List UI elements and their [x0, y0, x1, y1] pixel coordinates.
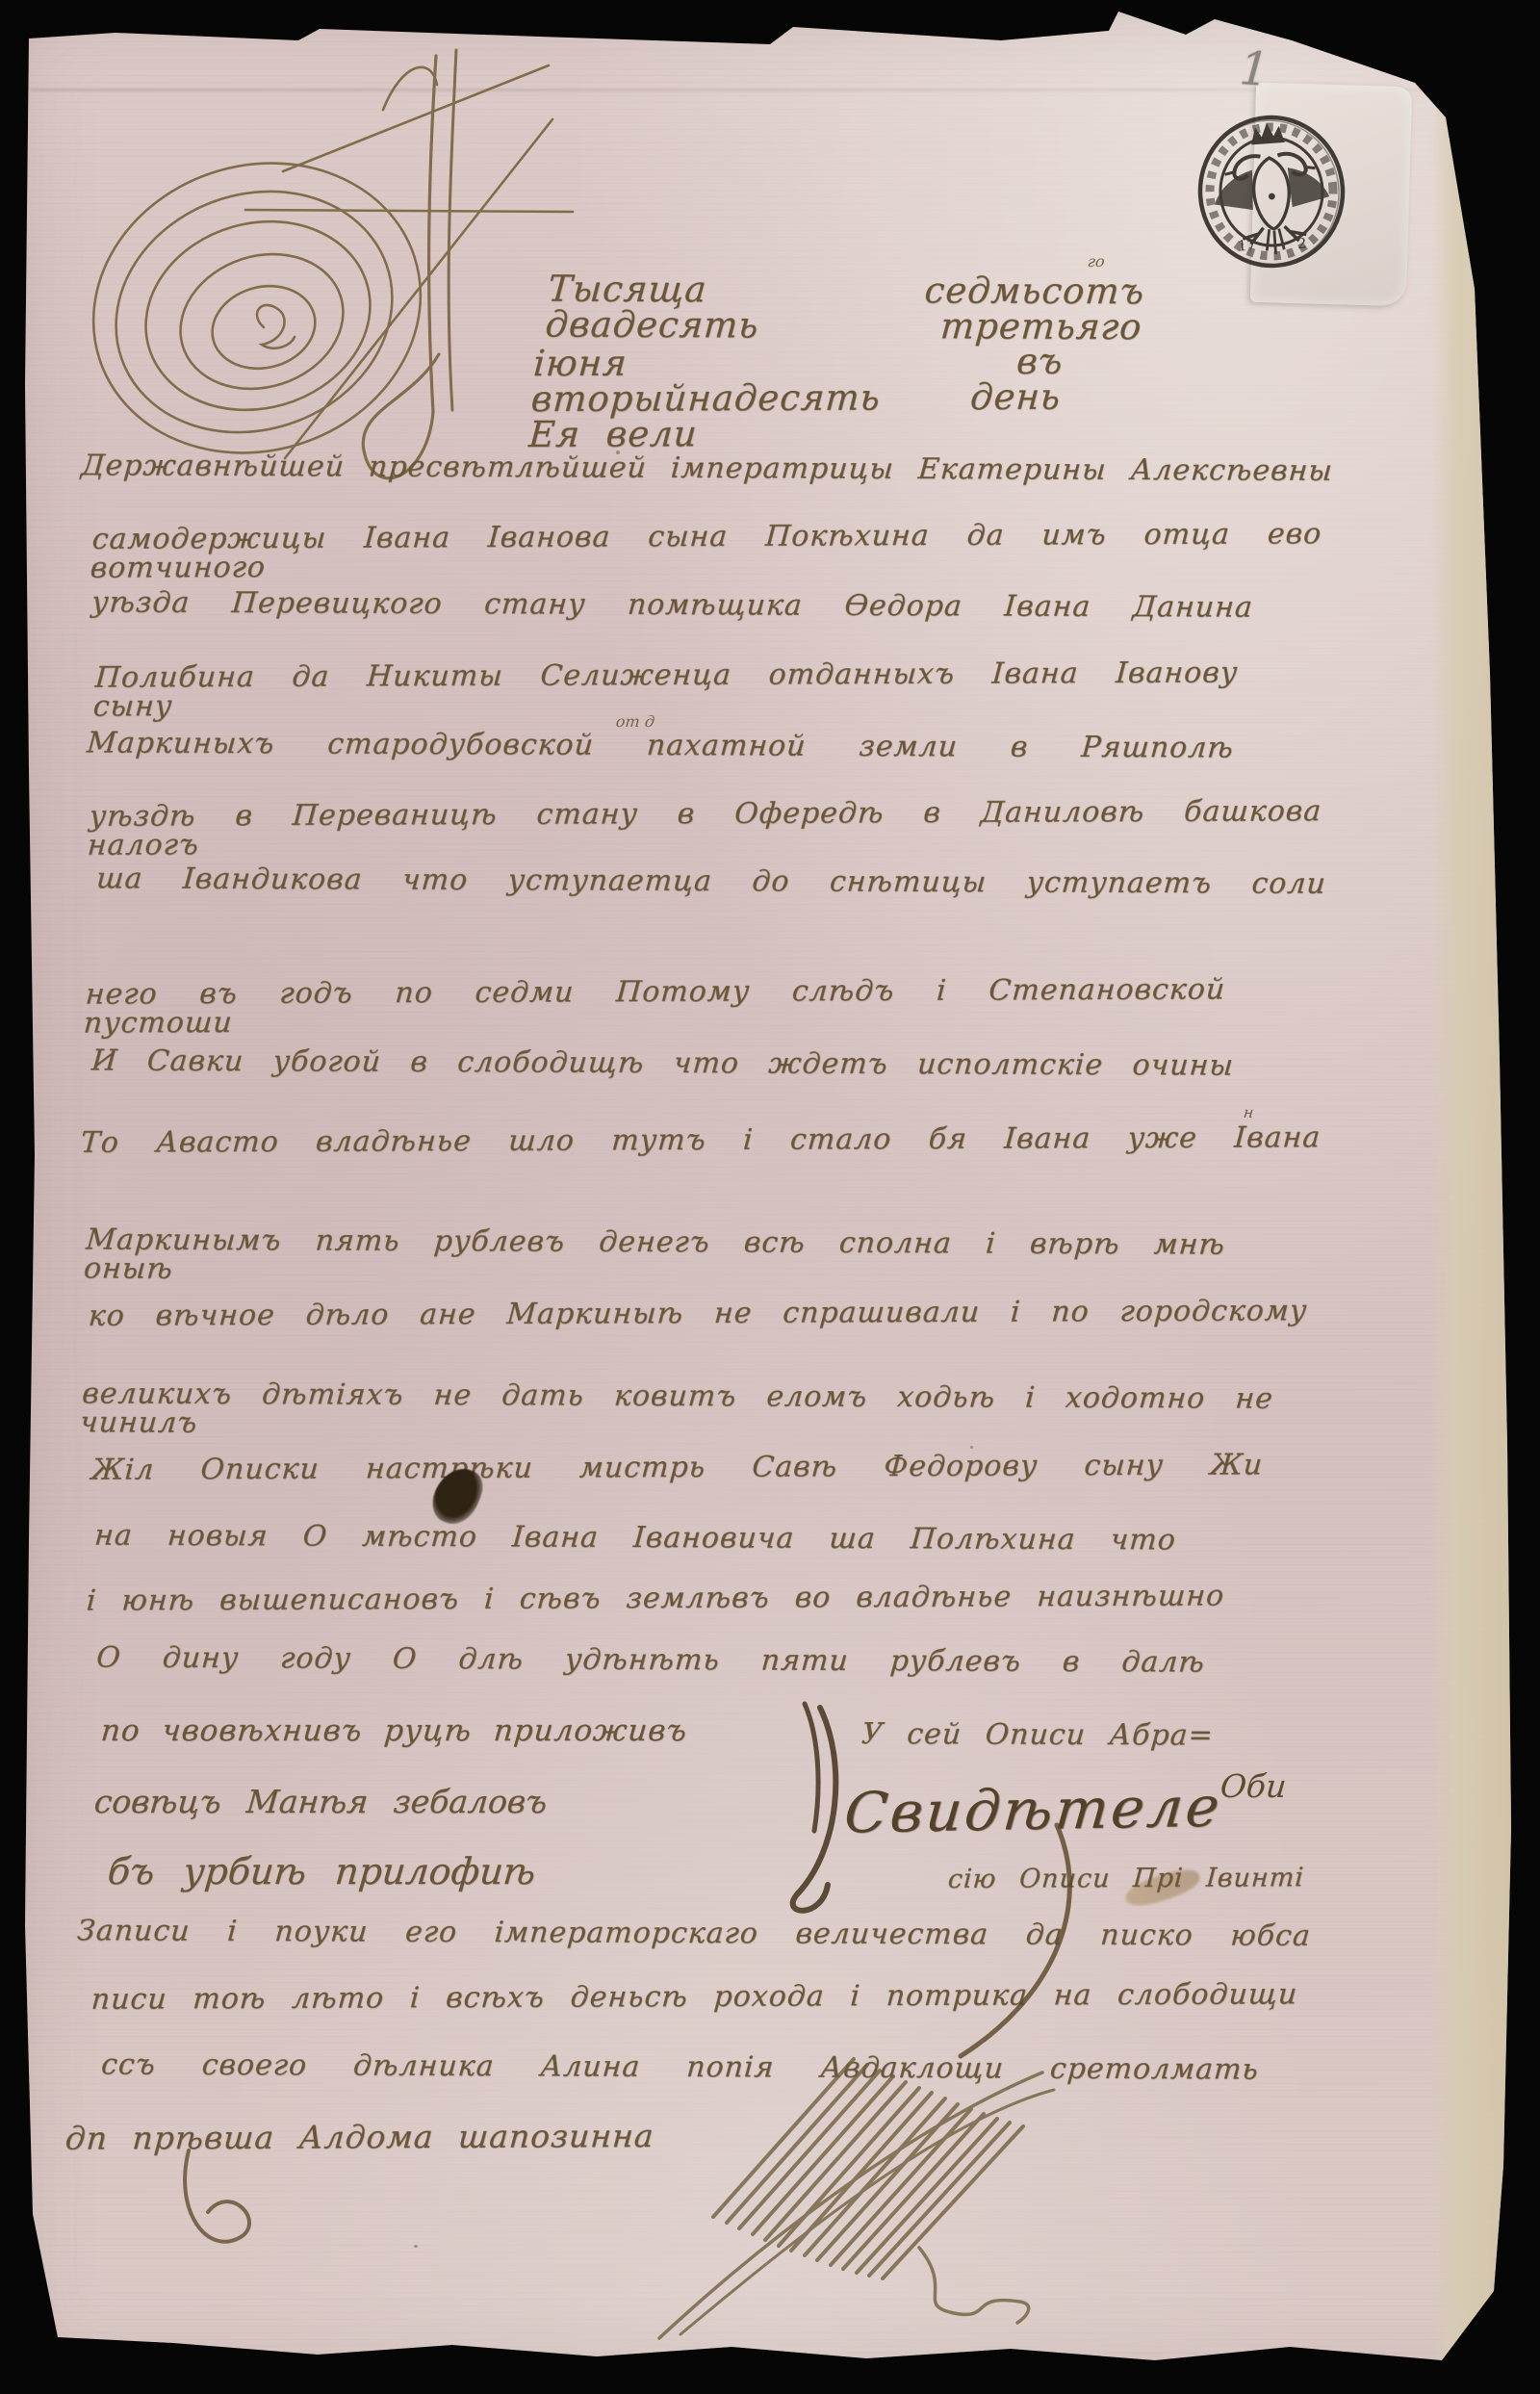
signature-line-left: по чвовѣхнивъ руцѣ приложивъ [99, 1713, 688, 1748]
last-line-descender-stroke [115, 2145, 308, 2279]
superscript-abbreviation: го [1087, 252, 1106, 270]
manuscript-paper-sheet: 17 2 1 Тысяща седмьсотъ двадесять третья… [0, 0, 1540, 2394]
witness-attestation-start: У сей Описи Абра= [860, 1720, 1331, 1751]
manuscript-line: іюня въ вторыйнадесять день Ея вели [527, 344, 1064, 452]
manuscript-line: Записи і поуки его імператорскаго величе… [76, 1917, 1312, 1951]
manuscript-line: Тысяща седмьсотъ двадесять третьяго [544, 271, 1145, 346]
stamp-year-right: 2 [1296, 235, 1307, 253]
manuscript-line: самодержицы Івана Іванова сына Покѣхина … [90, 520, 1322, 583]
right-fold-strip [1430, 0, 1540, 2394]
paper-speck [970, 1446, 973, 1449]
photograph-stage: 17 2 1 Тысяща седмьсотъ двадесять третья… [0, 0, 1540, 2394]
signature-line-left: совѣцъ Манѣя зебаловъ [92, 1783, 549, 1820]
manuscript-line: уѣзда Перевицкого стану помѣщика Ѳедора … [90, 588, 1254, 622]
manuscript-line: Державнѣйшей пресвѣтлѣйшей імператрицы Е… [80, 451, 1334, 486]
stamp-year-left: 17 [1237, 236, 1256, 254]
manuscript-line: О дину году О длѣ удѣнѣть пяти рублевъ в… [95, 1643, 1206, 1677]
manuscript-line: И Савки убогой в слободищѣ что ждетъ исп… [90, 1046, 1235, 1080]
manuscript-line: То Авасто владѣнье шло тутъ і стало бя І… [80, 1123, 1322, 1158]
witness-word-tail: Оби [1219, 1767, 1288, 1805]
page-number: 1 [1238, 41, 1270, 97]
signature-flourish-stroke [751, 1696, 876, 1937]
superscript-abbreviation: от д [615, 712, 655, 731]
manuscript-line: него въ годъ по седми Потому слѣдъ і Сте… [83, 975, 1226, 1038]
paper-speck [414, 2245, 418, 2248]
superscript-abbreviation: н [1243, 1103, 1255, 1121]
manuscript-line: на новыя О мѣсто Івана Івановича ша Полѣ… [93, 1522, 1177, 1556]
manuscript-line: Маркиныхъ стародубовской пахатной земли … [86, 729, 1235, 762]
manuscript-line: ша Івандикова что уступаетца до снѣтицы … [95, 864, 1327, 899]
manuscript-line: уѣздѣ в Переваницѣ стану в Офередѣ в Дан… [87, 797, 1322, 861]
manuscript-line: писи тоѣ лѣто і всѣхъ деньсѣ рохода і по… [90, 1980, 1298, 2014]
manuscript-line: Полибина да Никиты Селиженца отданныхъ І… [92, 658, 1239, 721]
manuscript-line: Маркинымъ пять рублевъ денегъ всѣ сполна… [83, 1225, 1226, 1288]
manuscript-line: і юнѣ вышеписановъ і сѣвъ землѣвъ во вла… [86, 1582, 1225, 1615]
signature-line-left: бъ урбиѣ прилофиѣ [106, 1850, 537, 1892]
double-headed-eagle-stamp-icon: 17 2 [1195, 114, 1347, 270]
manuscript-line: великихъ дѣтіяхъ не дать ковитъ еломъ хо… [79, 1379, 1274, 1442]
pen-hatching-scribble-icon [630, 2017, 1083, 2354]
manuscript-line: ко вѣчное дѣло ане Маркиныѣ не спрашивал… [88, 1297, 1308, 1331]
manuscript-line: Жіл Описки настрѣки мистрь Савѣ Федорову… [90, 1451, 1264, 1484]
